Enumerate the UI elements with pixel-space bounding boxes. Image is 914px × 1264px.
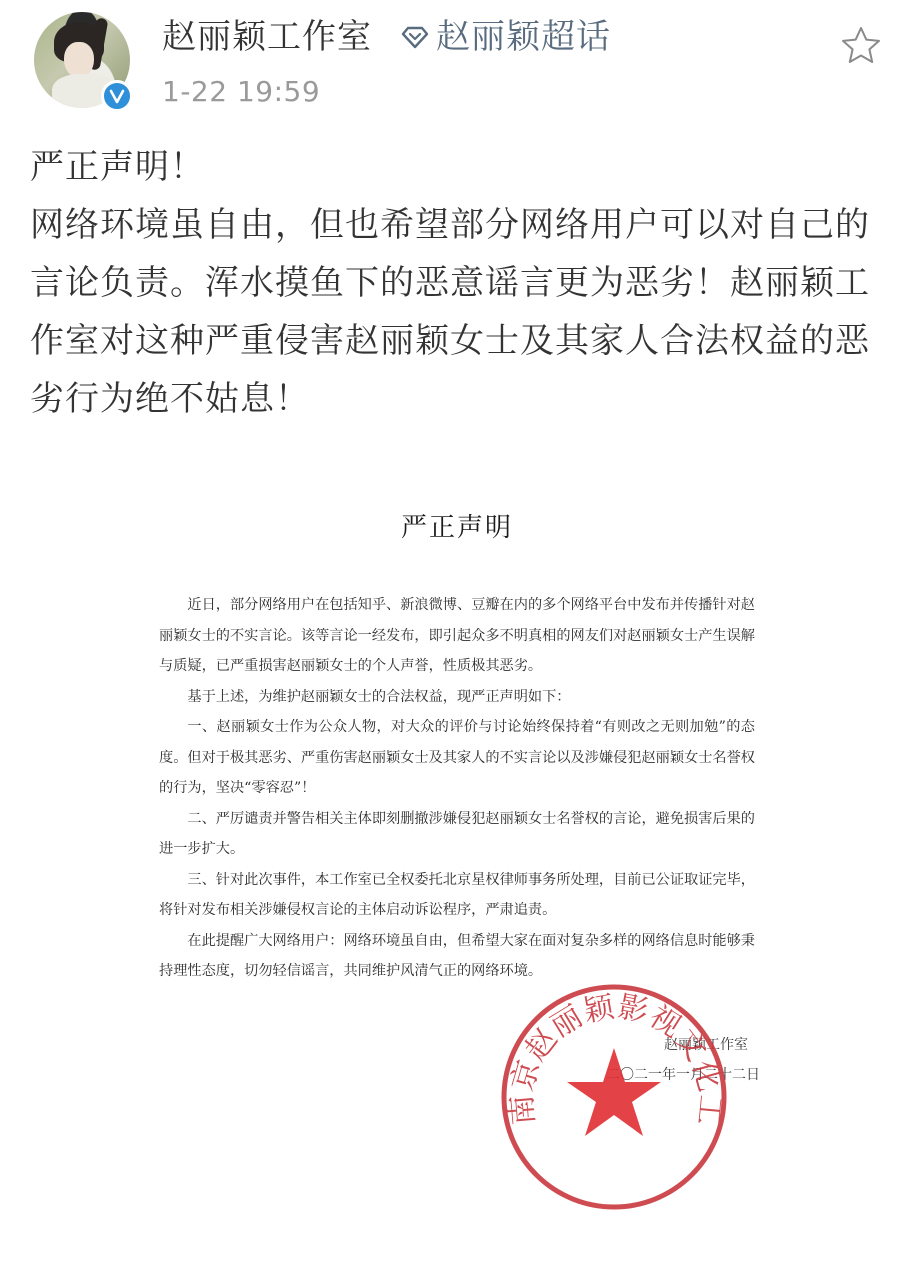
post-text: 严正声明！ 网络环境虽自由，但也希望部分网络用户可以对自己的言论负责。浑水摸鱼下… — [30, 138, 890, 428]
post-timestamp: 1-22 19:59 — [162, 72, 320, 112]
attached-statement-image[interactable]: 严正声明 近日，部分网络用户在包括知乎、新浪微博、豆瓣在内的多个网络平台中发布并… — [0, 470, 914, 1264]
statement-title: 严正声明 — [0, 510, 914, 546]
statement-paragraph: 在此提醒广大网络用户：网络环境虽自由，但希望大家在面对复杂多样的网络信息时能够秉… — [159, 926, 755, 987]
weibo-post-screen: 赵丽颖工作室 赵丽颖超话 1-22 19:59 严正声明！ 网络环境虽自由，但也… — [0, 0, 914, 1264]
avatar-face — [64, 42, 94, 78]
supertopic-label: 赵丽颖超话 — [436, 14, 611, 60]
signature-org: 赵丽颖工作室 — [600, 1030, 760, 1060]
v-glyph-icon — [108, 87, 126, 105]
supertopic-link[interactable]: 赵丽颖超话 — [400, 14, 611, 60]
statement-paragraph: 三、针对此次事件，本工作室已全权委托北京星权律师事务所处理，目前已公证取证完毕，… — [159, 865, 755, 926]
signature-date: 二〇二一年一月二十二日 — [600, 1060, 760, 1090]
supertopic-diamond-icon — [400, 24, 430, 50]
post-text-body: 网络环境虽自由，但也希望部分网络用户可以对自己的言论负责。浑水摸鱼下的恶意谣言更… — [30, 196, 890, 428]
company-seal-stamp-icon: 南京赵丽颖影视文化工作室 — [497, 980, 731, 1214]
verified-v-icon — [101, 80, 133, 112]
favorite-button[interactable] — [838, 22, 884, 68]
statement-paragraph: 一、赵丽颖女士作为公众人物，对大众的评价与讨论始终保持着“有则改之无则加勉”的态… — [159, 712, 755, 804]
statement-body: 近日，部分网络用户在包括知乎、新浪微博、豆瓣在内的多个网络平台中发布并传播针对赵… — [159, 590, 755, 987]
statement-signature: 赵丽颖工作室 二〇二一年一月二十二日 — [600, 1030, 760, 1090]
statement-paragraph: 近日，部分网络用户在包括知乎、新浪微博、豆瓣在内的多个网络平台中发布并传播针对赵… — [159, 590, 755, 682]
author-name[interactable]: 赵丽颖工作室 — [162, 14, 372, 60]
author-avatar[interactable] — [34, 12, 130, 108]
star-outline-icon — [840, 25, 882, 65]
statement-paragraph: 基于上述，为维护赵丽颖女士的合法权益，现严正声明如下： — [159, 682, 755, 713]
post-text-headline: 严正声明！ — [30, 138, 890, 196]
post-header: 赵丽颖工作室 赵丽颖超话 1-22 19:59 — [0, 0, 914, 120]
statement-paragraph: 二、严厉谴责并警告相关主体即刻删撤涉嫌侵犯赵丽颖女士名誉权的言论，避免损害后果的… — [159, 804, 755, 865]
